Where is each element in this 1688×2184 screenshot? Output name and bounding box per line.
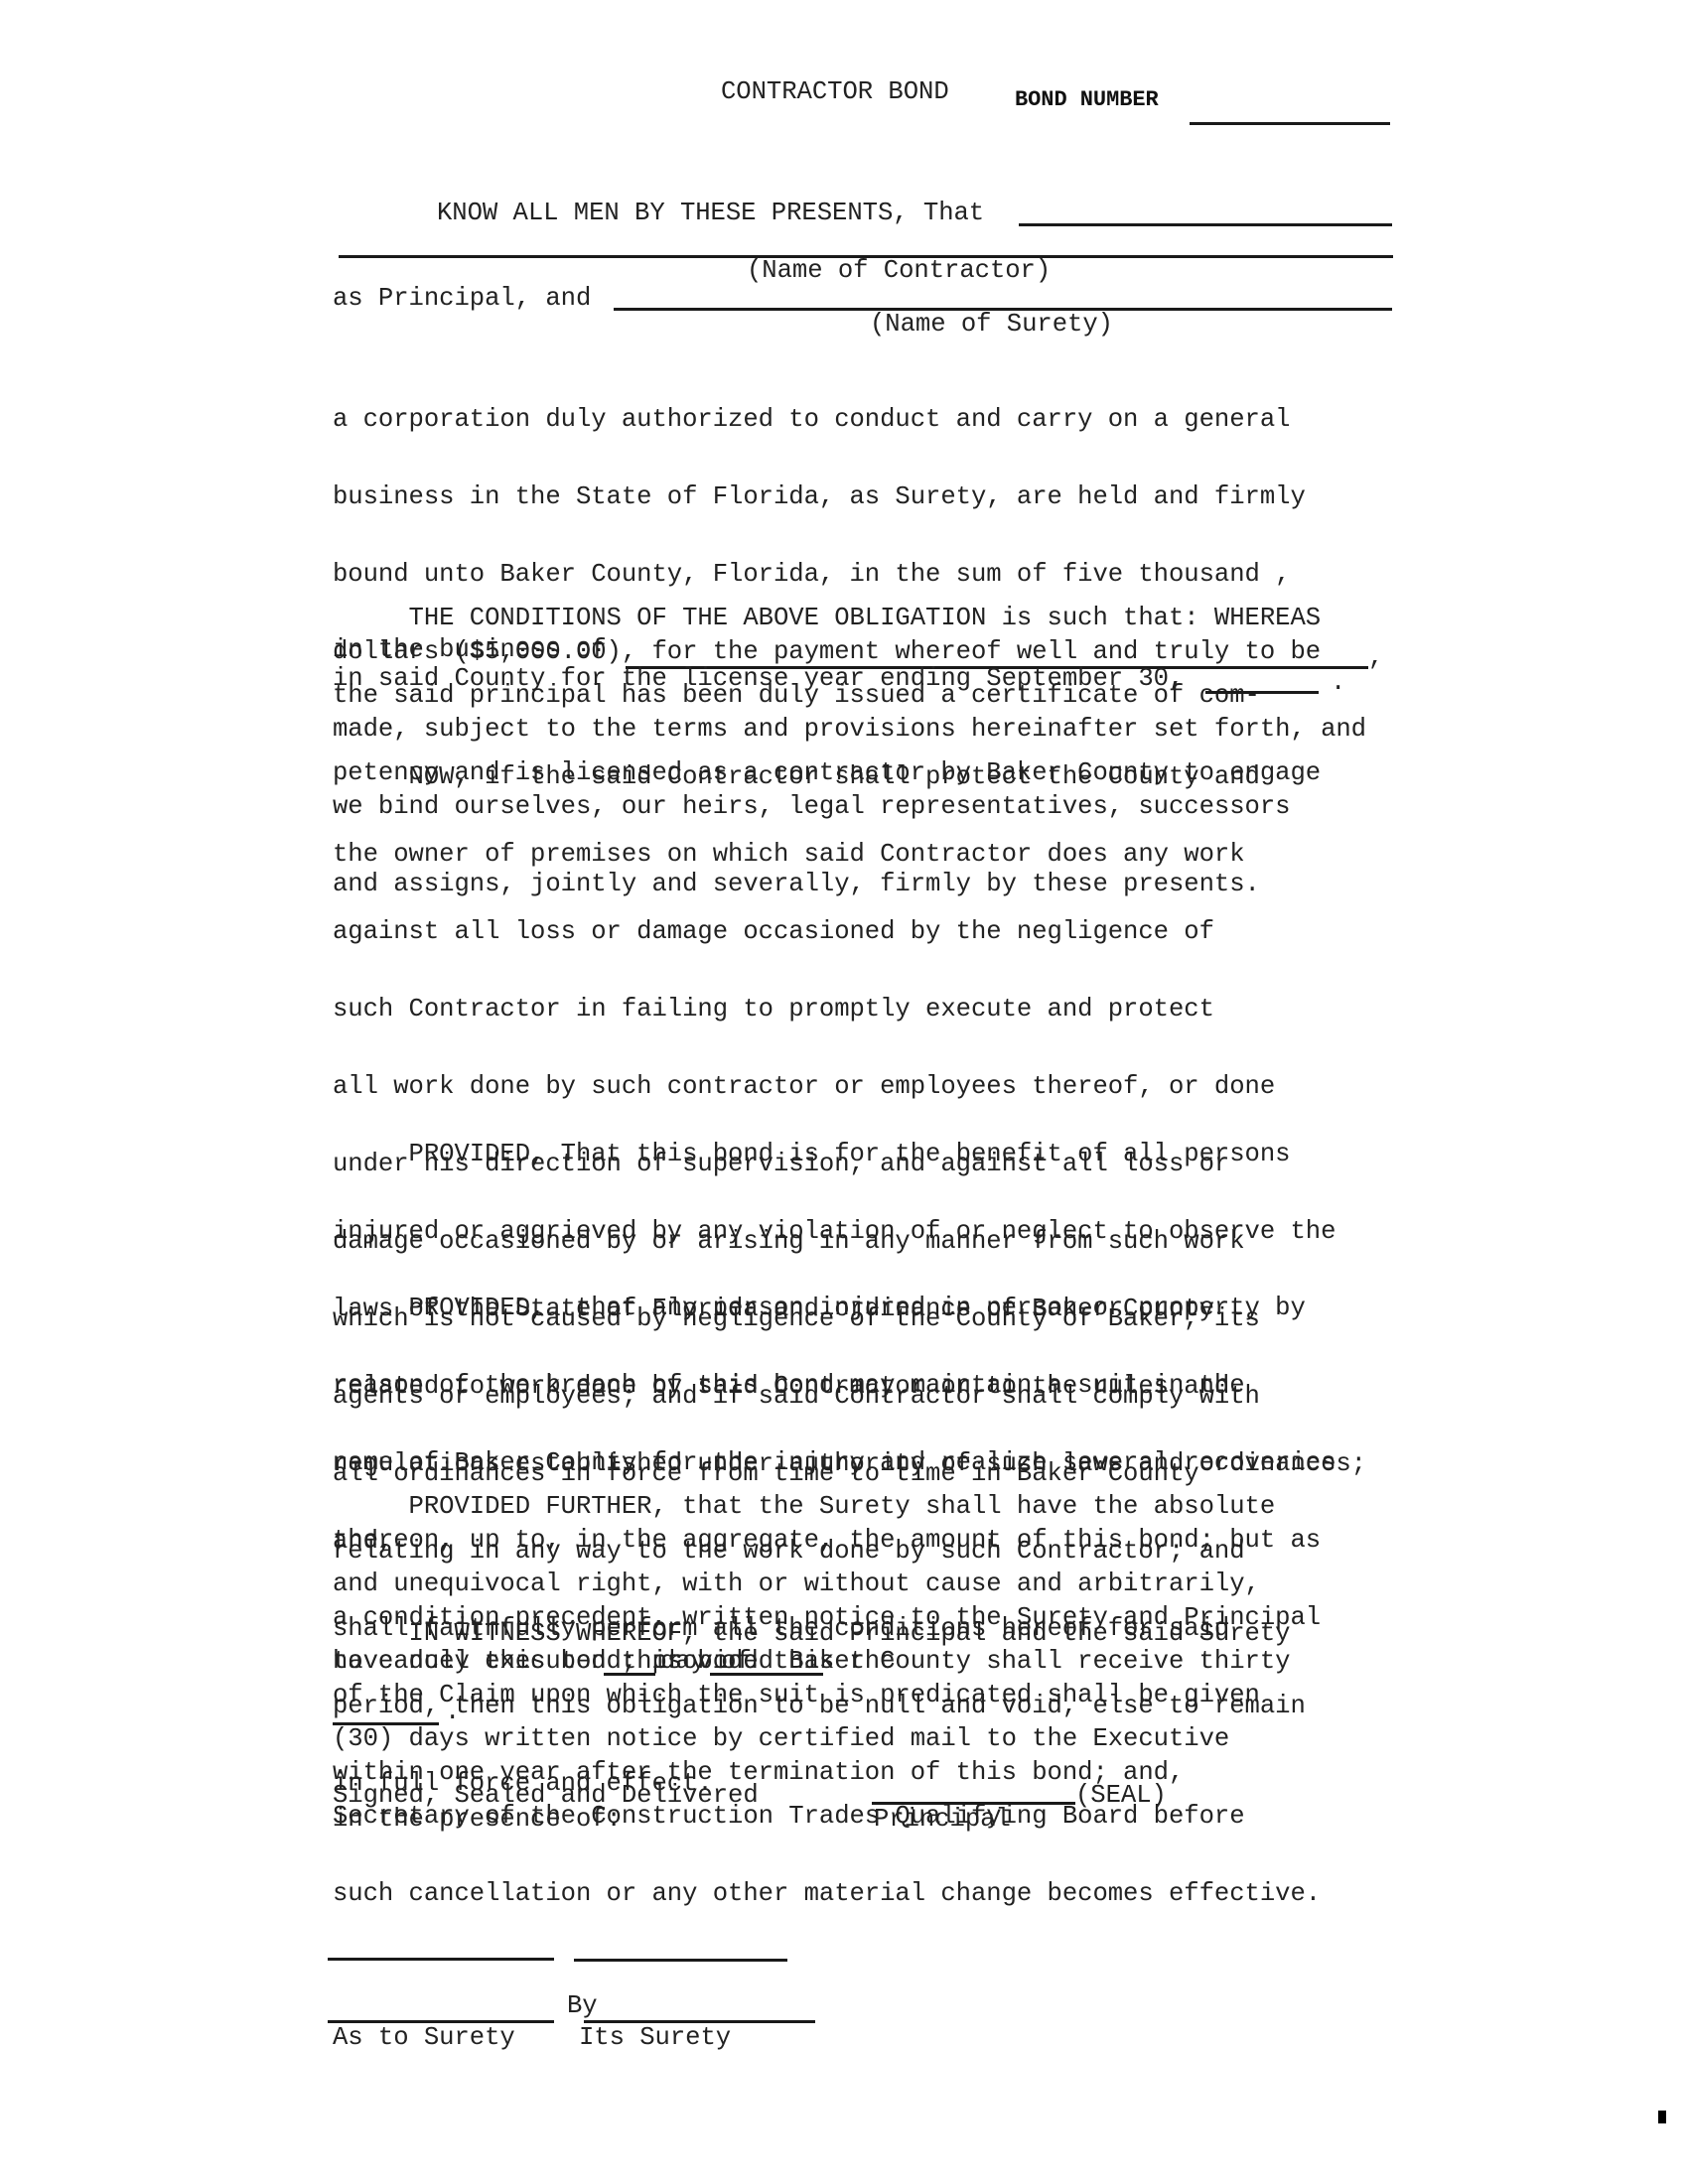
day-field[interactable] <box>604 1673 655 1676</box>
license-lead: in said County for the license year endi… <box>333 666 1184 692</box>
witness-label-2: in the presence of: <box>333 1807 622 1833</box>
principal-caption: Principal <box>874 1807 1011 1833</box>
surety-caption: (Name of Surety) <box>870 312 1113 338</box>
its-surety-caption: Its Surety <box>579 2025 731 2051</box>
year-field[interactable] <box>333 1722 439 1725</box>
witness-line-1: IN WITNESS WHEREOF, the said Principal a… <box>333 1621 1290 1647</box>
text-line: (30) days written notice by certified ma… <box>333 1726 1321 1752</box>
text-line: against all loss or damage occasioned by… <box>333 919 1306 945</box>
bond-number-label: BOND NUMBER <box>1015 87 1159 113</box>
text-line: reason of the breach of this bond may ma… <box>333 1373 1336 1399</box>
document-title: CONTRACTOR BOND <box>721 79 949 105</box>
by-label: By <box>567 1993 598 2019</box>
text-line: PROVIDED, that any person injured in per… <box>333 1296 1336 1321</box>
year-trail: . <box>445 1700 460 1725</box>
day-of-label: day of <box>660 1649 752 1675</box>
text-line: a corporation duly authorized to conduct… <box>333 407 1366 433</box>
seal-label: (SEAL) <box>1075 1783 1167 1809</box>
bond-number-field[interactable] <box>1190 122 1390 125</box>
witness-line-2: have duly executed this bond this the <box>333 1649 895 1675</box>
business-trail: , <box>1368 645 1383 671</box>
witness-signature-field-1[interactable] <box>328 1958 554 1961</box>
text-line: business in the State of Florida, as Sur… <box>333 484 1366 510</box>
license-year-field[interactable] <box>1205 691 1319 694</box>
surety-signature-field[interactable] <box>574 1959 787 1962</box>
text-line: and unequivocal right, with or without c… <box>333 1571 1321 1597</box>
text-line: PROVIDED, That this bond is for the bene… <box>333 1142 1366 1167</box>
text-line: such cancellation or any other material … <box>333 1881 1321 1907</box>
scan-mark <box>1658 2111 1666 2123</box>
text-line: PROVIDED FURTHER, that the Surety shall … <box>333 1494 1321 1520</box>
month-field[interactable] <box>710 1673 823 1676</box>
business-lead: in the business of <box>333 637 607 663</box>
text-line: THE CONDITIONS OF THE ABOVE OBLIGATION i… <box>333 606 1321 631</box>
contractor-name-field-start[interactable] <box>1019 223 1392 226</box>
paragraph-provided-further: PROVIDED FURTHER, that the Surety shall … <box>333 1442 1321 1959</box>
intro-lead: KNOW ALL MEN BY THESE PRESENTS, That <box>437 201 984 226</box>
contractor-caption: (Name of Contractor) <box>747 258 1051 284</box>
text-line: the owner of premises on which said Cont… <box>333 842 1306 868</box>
document-page: CONTRACTOR BOND BOND NUMBER KNOW ALL MEN… <box>0 0 1688 2184</box>
as-to-surety-caption: As to Surety <box>333 2025 515 2051</box>
text-line: NOW, if the said Contractor shall protec… <box>333 764 1306 790</box>
text-line: injured or aggrieved by any violation of… <box>333 1219 1366 1245</box>
license-trail: . <box>1331 670 1345 696</box>
text-line: such Contractor in failing to promptly e… <box>333 997 1306 1023</box>
principal-lead: as Principal, and <box>333 286 591 312</box>
